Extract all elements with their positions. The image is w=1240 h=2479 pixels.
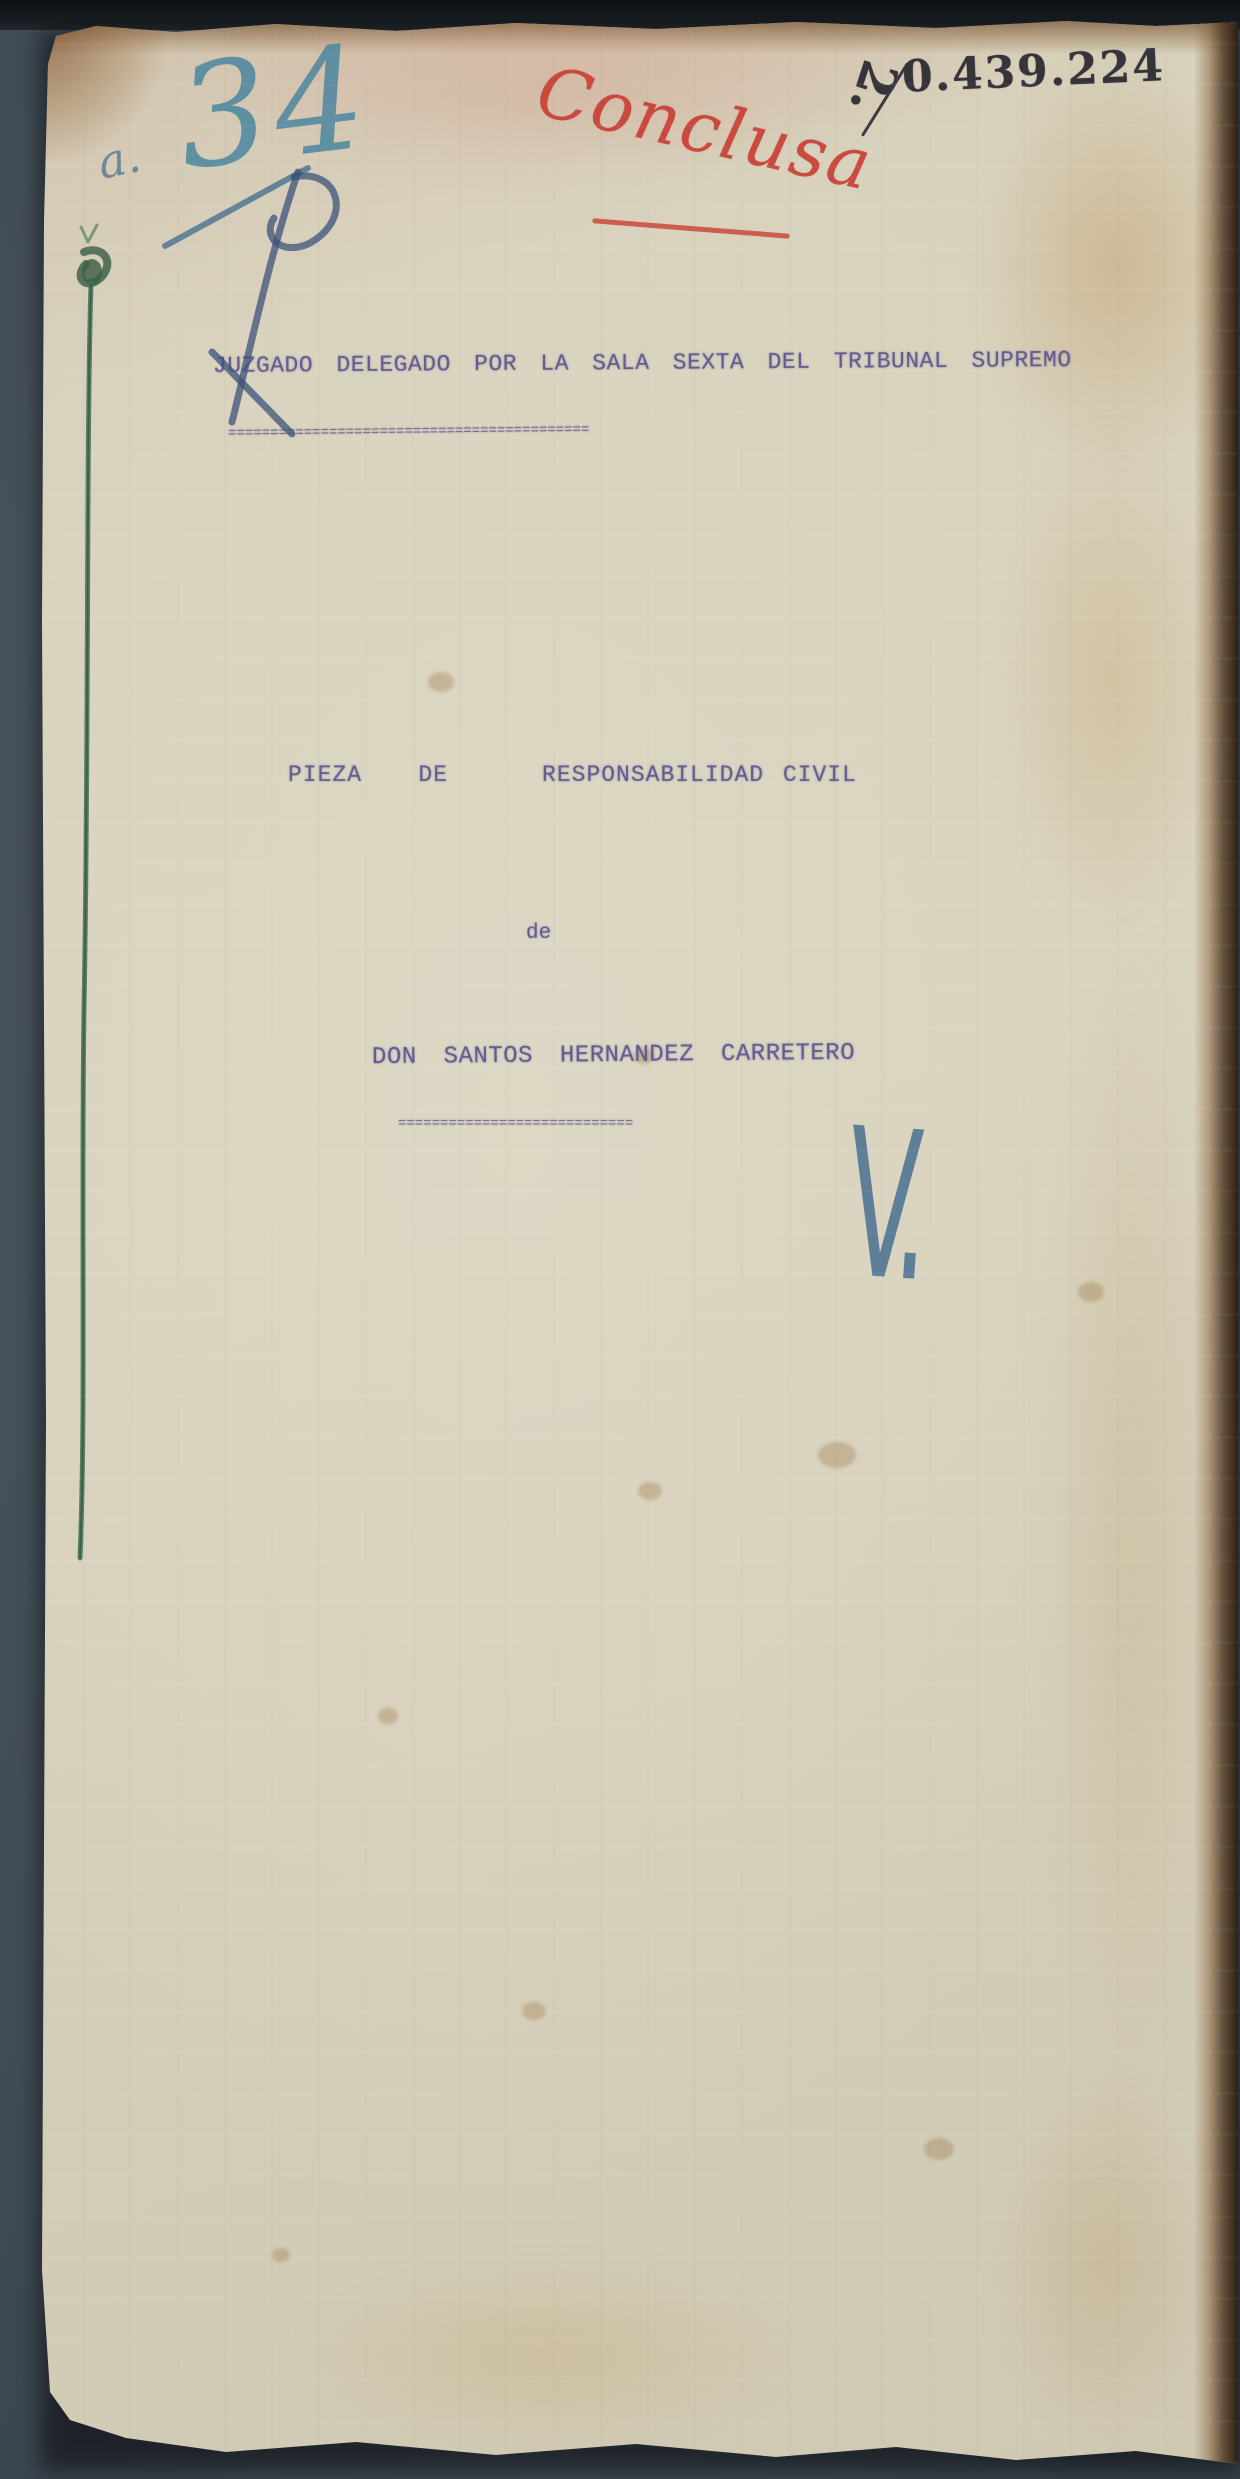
photo-of-archival-document: { "document": { "stamp_prefix": "2.", "s…: [0, 0, 1240, 2479]
thread-knot: [82, 259, 102, 285]
handwriting-and-thread-overlay: [36, 20, 1238, 2464]
paper-sheet: 2. 0.439.224 a. 34 Conclusa JUZGADO DELE…: [36, 20, 1238, 2464]
underlying-page-edges: [1194, 20, 1238, 2464]
binding-thread: [80, 225, 107, 1558]
